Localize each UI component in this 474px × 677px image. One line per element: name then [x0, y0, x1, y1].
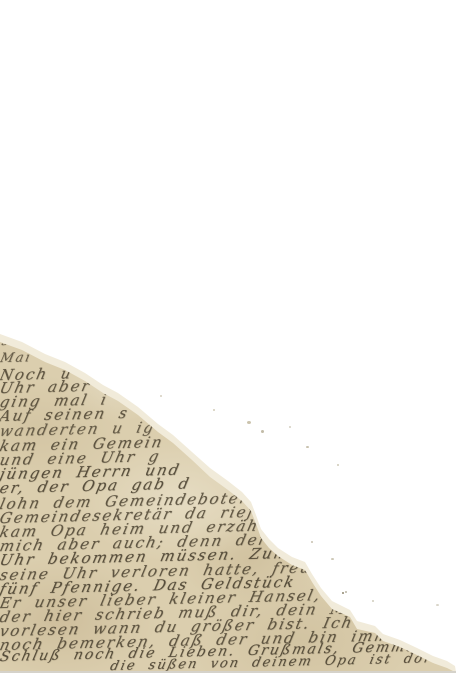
paper-speck	[306, 446, 309, 448]
paper-speck	[342, 592, 344, 594]
paper-speck	[331, 558, 334, 560]
paper-bottom-edge-shadow	[0, 671, 456, 673]
paper-speck	[289, 426, 291, 428]
torn-letter-fragment: 3.Mai 1915Noch uUhr aberging mal iAuf se…	[0, 0, 474, 677]
photo-background: 3.Mai 1915Noch uUhr aberging mal iAuf se…	[0, 0, 474, 677]
paper-speck	[372, 600, 374, 602]
paper-speck	[337, 464, 339, 466]
paper-speck	[160, 395, 162, 397]
paper-speck	[261, 430, 264, 433]
paper-speck	[311, 541, 313, 543]
paper-speck	[213, 409, 215, 411]
paper-speck	[247, 421, 251, 424]
paper-speck	[436, 604, 439, 606]
paper-speck	[345, 591, 347, 593]
